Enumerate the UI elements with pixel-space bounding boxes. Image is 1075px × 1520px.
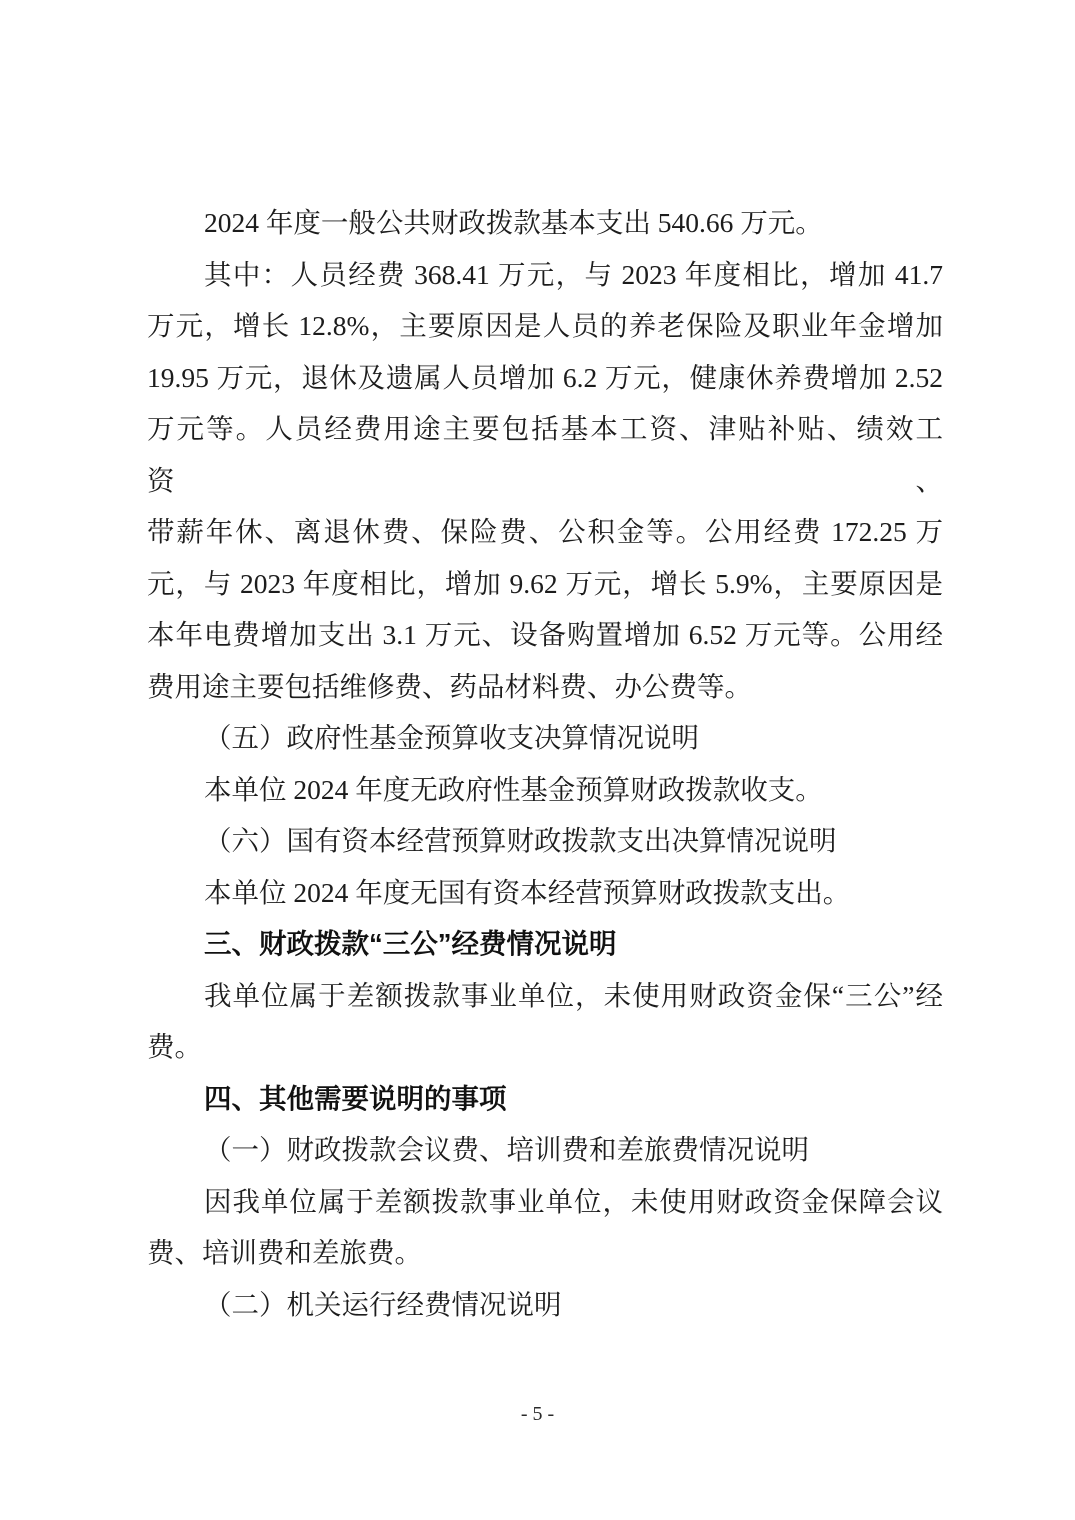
section-heading: 三、财政拨款“三公”经费情况说明 bbox=[147, 918, 943, 970]
text-line: 带薪年休、离退休费、保险费、公积金等。公用经费 172.25 万 bbox=[147, 506, 943, 558]
text-line: 19.95 万元，退休及遗属人员增加 6.2 万元，健康休养费增加 2.52 bbox=[147, 352, 943, 404]
page-footer: - 5 - bbox=[0, 1402, 1075, 1426]
text-line: （六）国有资本经营预算财政拨款支出决算情况说明 bbox=[147, 815, 943, 867]
text-line: 元，与 2023 年度相比，增加 9.62 万元，增长 5.9%，主要原因是 bbox=[147, 558, 943, 610]
section-heading: 四、其他需要说明的事项 bbox=[147, 1073, 943, 1125]
document-page: 2024 年度一般公共财政拨款基本支出 540.66 万元。其中：人员经费 36… bbox=[0, 0, 1075, 1520]
text-line: （二）机关运行经费情况说明 bbox=[147, 1279, 943, 1331]
text-line: 费。 bbox=[147, 1021, 943, 1073]
text-line: 我单位属于差额拨款事业单位，未使用财政资金保“三公”经 bbox=[147, 970, 943, 1022]
text-line: 费用途主要包括维修费、药品材料费、办公费等。 bbox=[147, 661, 943, 713]
text-line: 本单位 2024 年度无政府性基金预算财政拨款收支。 bbox=[147, 764, 943, 816]
text-line: 本年电费增加支出 3.1 万元、设备购置增加 6.52 万元等。公用经 bbox=[147, 609, 943, 661]
text-line: 本单位 2024 年度无国有资本经营预算财政拨款支出。 bbox=[147, 867, 943, 919]
text-line: （五）政府性基金预算收支决算情况说明 bbox=[147, 712, 943, 764]
document-body: 2024 年度一般公共财政拨款基本支出 540.66 万元。其中：人员经费 36… bbox=[147, 197, 943, 1330]
text-line: 2024 年度一般公共财政拨款基本支出 540.66 万元。 bbox=[147, 197, 943, 249]
text-line: 费、培训费和差旅费。 bbox=[147, 1227, 943, 1279]
text-line: （一）财政拨款会议费、培训费和差旅费情况说明 bbox=[147, 1124, 943, 1176]
page-number: - 5 - bbox=[521, 1403, 554, 1425]
text-line: 万元等。人员经费用途主要包括基本工资、津贴补贴、绩效工资、 bbox=[147, 403, 943, 506]
text-line: 其中：人员经费 368.41 万元，与 2023 年度相比，增加 41.7 bbox=[147, 249, 943, 301]
text-line: 因我单位属于差额拨款事业单位，未使用财政资金保障会议 bbox=[147, 1176, 943, 1228]
text-line: 万元，增长 12.8%，主要原因是人员的养老保险及职业年金增加 bbox=[147, 300, 943, 352]
